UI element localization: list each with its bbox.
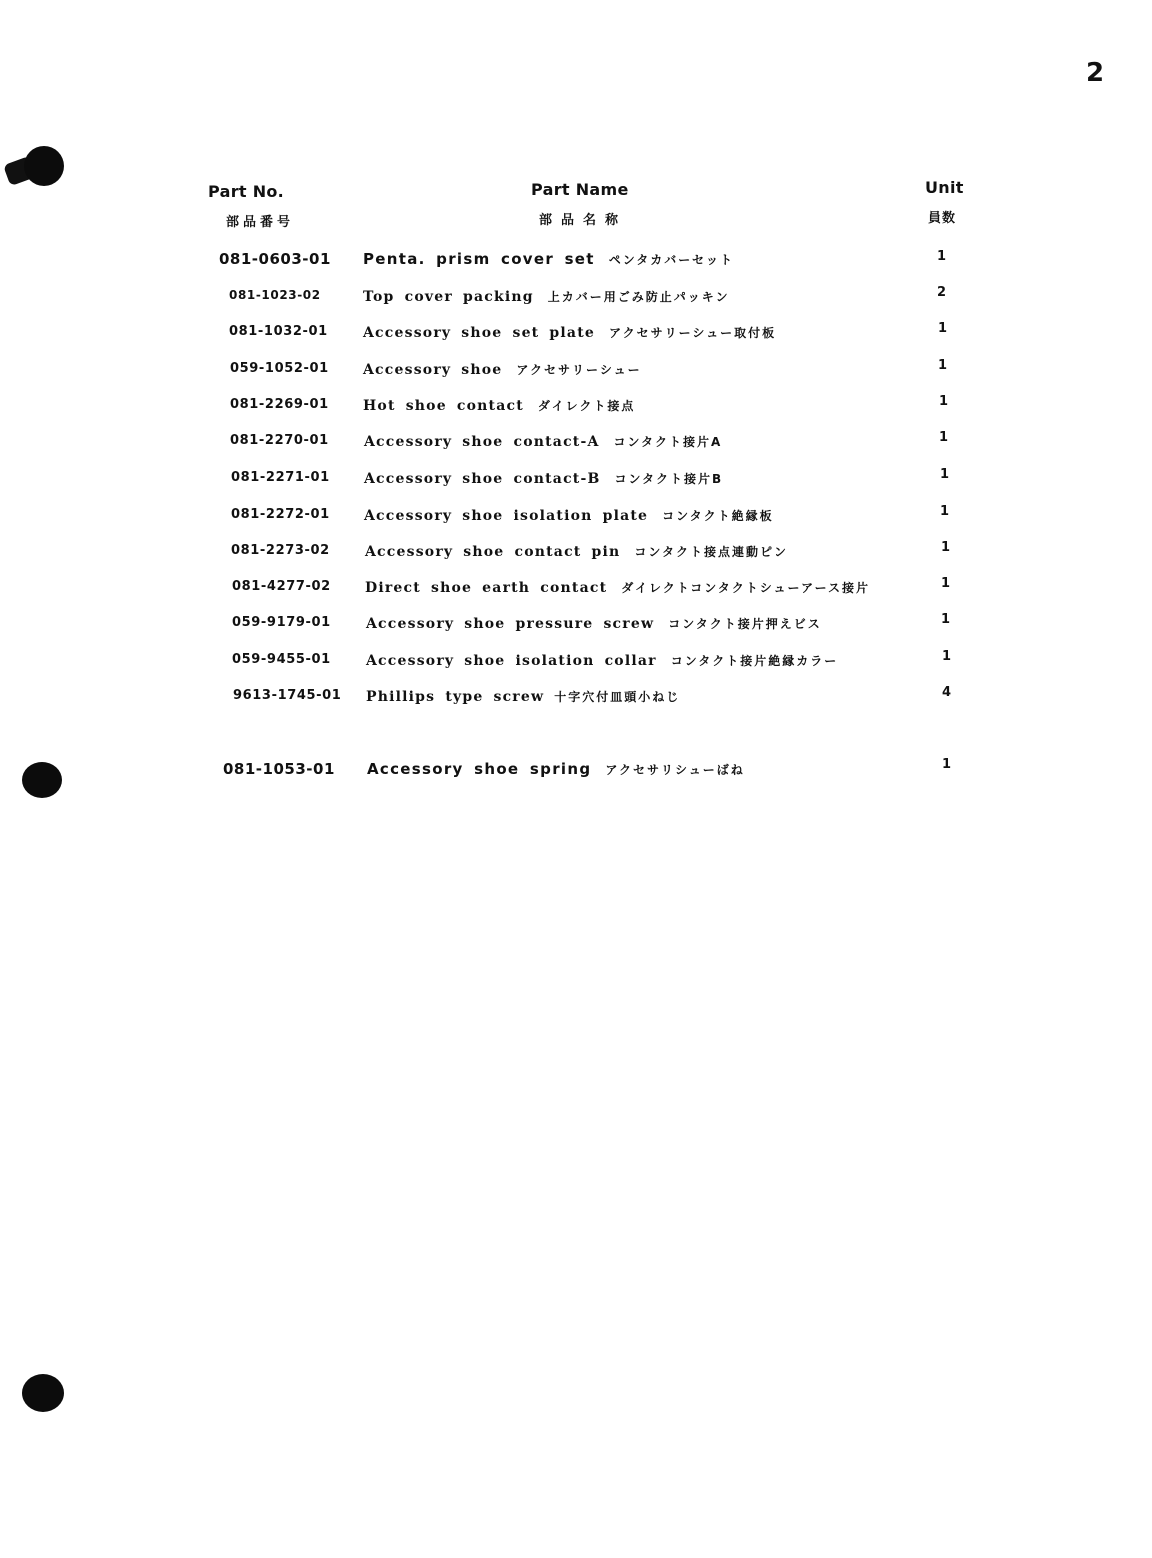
part-name-jp: コンタクト接片絶縁カラー — [671, 654, 839, 668]
part-number: 059-9179-01 — [232, 615, 331, 630]
part-row: 059-9179-01 Accessory shoe pressure scre… — [0, 615, 1152, 639]
unit-qty: 1 — [941, 612, 950, 627]
part-number: 9613-1745-01 — [233, 688, 341, 703]
part-row: 081-2273-02 Accessory shoe contact pinコン… — [0, 543, 1152, 567]
part-row: 059-9455-01 Accessory shoe isolation col… — [0, 652, 1152, 676]
part-row: 081-2270-01 Accessory shoe contact-Aコンタク… — [0, 433, 1152, 457]
part-row: 081-4277-02 Direct shoe earth contactダイレ… — [0, 579, 1152, 603]
part-name-en: Accessory shoe contact-A — [364, 434, 600, 450]
unit-qty: 1 — [941, 540, 950, 555]
part-name-en: Top cover packing — [363, 289, 534, 305]
part-name: Accessory shoe springアクセサリシューばね — [367, 760, 745, 778]
part-name: Accessory shoe set plateアクセサリーシュー取付板 — [363, 324, 776, 341]
part-name-en: Direct shoe earth contact — [365, 580, 607, 596]
part-number: 081-2269-01 — [230, 397, 329, 412]
part-name-en: Accessory shoe set plate — [363, 325, 595, 341]
part-number: 081-2271-01 — [231, 470, 330, 485]
part-name-en: Penta. prism cover set — [363, 250, 595, 268]
part-name-en: Accessory shoe contact-B — [364, 471, 601, 487]
part-name: Accessory shoe pressure screwコンタクト接片押えビス — [366, 615, 822, 632]
unit-qty: 1 — [939, 430, 948, 445]
part-number: 081-4277-02 — [232, 579, 331, 594]
unit-qty: 1 — [941, 576, 950, 591]
part-row: 081-2272-01 Accessory shoe isolation pla… — [0, 507, 1152, 531]
part-name-jp: コンタクト接点連動ピン — [634, 545, 788, 559]
part-name-jp: コンタクト接片押えビス — [668, 617, 822, 631]
part-name-jp: コンタクト絶縁板 — [662, 509, 774, 523]
unit-qty: 4 — [942, 685, 951, 700]
part-name-en: Phillips type screw — [366, 689, 544, 705]
header-part-no-jp: 部品番号 — [226, 211, 294, 230]
header-unit-jp: 員数 — [928, 207, 956, 226]
part-name: Accessory shoe isolation collarコンタクト接片絶縁… — [366, 652, 838, 669]
part-name: Top cover packing上カバー用ごみ防止パッキン — [363, 288, 730, 305]
part-number: 081-2273-02 — [231, 543, 330, 558]
part-name: Hot shoe contactダイレクト接点 — [363, 397, 635, 414]
part-row: 059-1052-01 Accessory shoeアクセサリーシュー 1 — [0, 361, 1152, 385]
header-unit: Unit — [925, 178, 964, 197]
part-name-jp: ペンタカバーセット — [609, 253, 734, 267]
part-row: 081-2269-01 Hot shoe contactダイレクト接点 1 — [0, 397, 1152, 421]
part-name: Accessory shoe isolation plateコンタクト絶縁板 — [364, 507, 774, 524]
part-name-en: Accessory shoe spring — [367, 760, 591, 778]
part-number: 081-2270-01 — [230, 433, 329, 448]
header-part-name-jp: 部品名称 — [539, 209, 627, 228]
part-number: 081-0603-01 — [219, 250, 331, 268]
part-row: 081-0603-01 Penta. prism cover setペンタカバー… — [0, 250, 1152, 274]
part-name-jp: コンタクト接片A — [614, 435, 723, 449]
part-row: 081-1032-01 Accessory shoe set plateアクセサ… — [0, 324, 1152, 348]
part-name-jp: アクセサリーシュー — [516, 363, 641, 377]
unit-qty: 1 — [938, 321, 947, 336]
part-number: 081-2272-01 — [231, 507, 330, 522]
part-name-en: Accessory shoe contact pin — [365, 544, 620, 560]
part-number: 059-1052-01 — [230, 361, 329, 376]
unit-qty: 1 — [942, 757, 951, 772]
part-name-jp: アクセサリーシュー取付板 — [609, 326, 776, 340]
part-name: Accessory shoeアクセサリーシュー — [363, 361, 642, 378]
part-name-jp: 上カバー用ごみ防止パッキン — [548, 290, 730, 304]
header-part-name: Part Name — [531, 180, 629, 199]
part-name-en: Accessory shoe pressure screw — [366, 616, 654, 632]
part-number: 081-1023-02 — [229, 288, 321, 302]
page-number: 2 — [1086, 58, 1104, 88]
part-name-jp: コンタクト接片B — [615, 472, 724, 486]
part-name: Accessory shoe contact-Bコンタクト接片B — [364, 470, 723, 487]
unit-qty: 1 — [938, 358, 947, 373]
part-name-jp: 十字穴付皿頭小ねじ — [554, 690, 680, 704]
part-number: 081-1053-01 — [223, 760, 335, 778]
part-name-en: Hot shoe contact — [363, 398, 524, 414]
part-name-jp: ダイレクトコンタクトシューアース接片 — [621, 581, 870, 595]
part-row: 081-2271-01 Accessory shoe contact-Bコンタク… — [0, 470, 1152, 494]
part-number: 081-1032-01 — [229, 324, 328, 339]
unit-qty: 1 — [942, 649, 951, 664]
part-name-en: Accessory shoe — [363, 362, 502, 378]
part-name-jp: ダイレクト接点 — [538, 399, 636, 413]
part-name: Penta. prism cover setペンタカバーセット — [363, 250, 734, 268]
punch-hole-top — [24, 146, 64, 186]
part-name: Direct shoe earth contactダイレクトコンタクトシューアー… — [365, 579, 870, 596]
part-row: 9613-1745-01 Phillips type screw十字穴付皿頭小ね… — [0, 688, 1152, 712]
part-name: Accessory shoe contact-Aコンタクト接片A — [364, 433, 722, 450]
part-number: 059-9455-01 — [232, 652, 331, 667]
part-row: 081-1023-02 Top cover packing上カバー用ごみ防止パッ… — [0, 288, 1152, 312]
unit-qty: 1 — [940, 504, 949, 519]
punch-hole-bottom — [22, 1374, 64, 1412]
part-name-jp: アクセサリシューばね — [605, 763, 744, 777]
part-row: 081-1053-01 Accessory shoe springアクセサリシュ… — [0, 760, 1152, 784]
part-name: Accessory shoe contact pinコンタクト接点連動ピン — [365, 543, 788, 560]
part-name: Phillips type screw十字穴付皿頭小ねじ — [366, 688, 680, 705]
unit-qty: 1 — [940, 467, 949, 482]
unit-qty: 2 — [937, 285, 946, 300]
part-name-en: Accessory shoe isolation collar — [366, 653, 657, 669]
part-name-en: Accessory shoe isolation plate — [364, 508, 648, 524]
header-part-no: Part No. — [208, 182, 284, 201]
unit-qty: 1 — [937, 249, 946, 264]
unit-qty: 1 — [939, 394, 948, 409]
